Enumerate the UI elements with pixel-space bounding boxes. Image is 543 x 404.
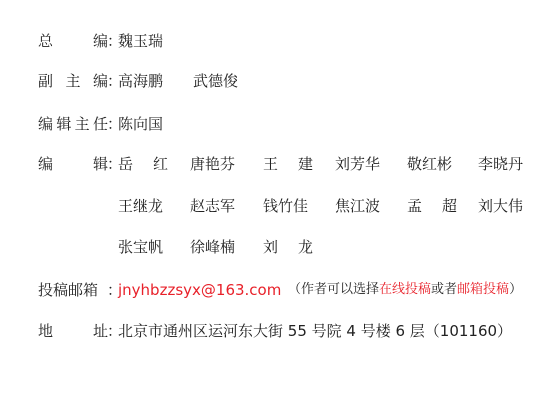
editor-name: 刘龙 xyxy=(263,236,313,258)
label-char: 编 xyxy=(38,113,53,135)
editorial-director-label: 编 辑 主 任 xyxy=(38,113,108,135)
editors-label: 编 辑 xyxy=(38,153,108,175)
note-text: 或者 xyxy=(431,282,457,297)
online-submission-link[interactable]: 在线投稿 xyxy=(379,282,431,297)
editor-name: 徐峰楠 xyxy=(190,236,240,258)
note-text: ） xyxy=(509,282,522,297)
label-text: 投稿邮箱 xyxy=(38,279,98,301)
editor-name: 王建 xyxy=(263,153,313,175)
editor-name: 刘大伟 xyxy=(478,195,528,217)
label-char: 主 xyxy=(65,70,80,92)
label-char: 副 xyxy=(38,70,53,92)
editor-name: 张宝帆 xyxy=(118,236,168,258)
editor-in-chief-name: 魏玉瑞 xyxy=(118,30,163,52)
editor-name: 王继龙 xyxy=(118,195,168,217)
label-char: 址 xyxy=(93,320,108,342)
editor-name: 李晓丹 xyxy=(478,153,528,175)
editor-name: 岳红 xyxy=(118,153,168,175)
address-value: 北京市通州区运河东大街 55 号院 4 号楼 6 层（101160） xyxy=(118,320,512,342)
label-char: 总 xyxy=(38,30,53,52)
editor-name: 敬红彬 xyxy=(407,153,457,175)
editor-name: 孟超 xyxy=(407,195,457,217)
submission-email-label: 投稿邮箱 xyxy=(38,279,108,301)
submission-note: （作者可以选择在线投稿或者邮箱投稿） xyxy=(288,279,522,301)
editor-name: 赵志军 xyxy=(190,195,240,217)
label-char: 编 xyxy=(93,30,108,52)
editorial-director-name: 陈向国 xyxy=(118,113,163,135)
label-char: 辑 xyxy=(56,113,71,135)
editor-name: 刘芳华 xyxy=(335,153,385,175)
label-char: 辑 xyxy=(93,153,108,175)
editor-in-chief-label: 总 编 xyxy=(38,30,108,52)
label-char: 地 xyxy=(38,320,53,342)
editor-name: 唐艳芬 xyxy=(190,153,240,175)
label-char: 编 xyxy=(93,70,108,92)
label-char: 编 xyxy=(38,153,53,175)
label-char: 主 xyxy=(75,113,90,135)
editor-name: 焦江波 xyxy=(335,195,385,217)
submission-email-link[interactable]: jnyhbzzsyx@163.com xyxy=(118,279,281,301)
deputy-editor-name: 高海鹏 xyxy=(118,70,163,92)
email-submission-link[interactable]: 邮箱投稿 xyxy=(457,282,509,297)
editor-name: 钱竹佳 xyxy=(263,195,313,217)
note-text: （作者可以选择 xyxy=(288,282,379,297)
label-char: 任 xyxy=(93,113,108,135)
deputy-editor-label: 副 主 编 xyxy=(38,70,108,92)
address-label: 地 址 xyxy=(38,320,108,342)
deputy-editor-name: 武德俊 xyxy=(193,70,238,92)
